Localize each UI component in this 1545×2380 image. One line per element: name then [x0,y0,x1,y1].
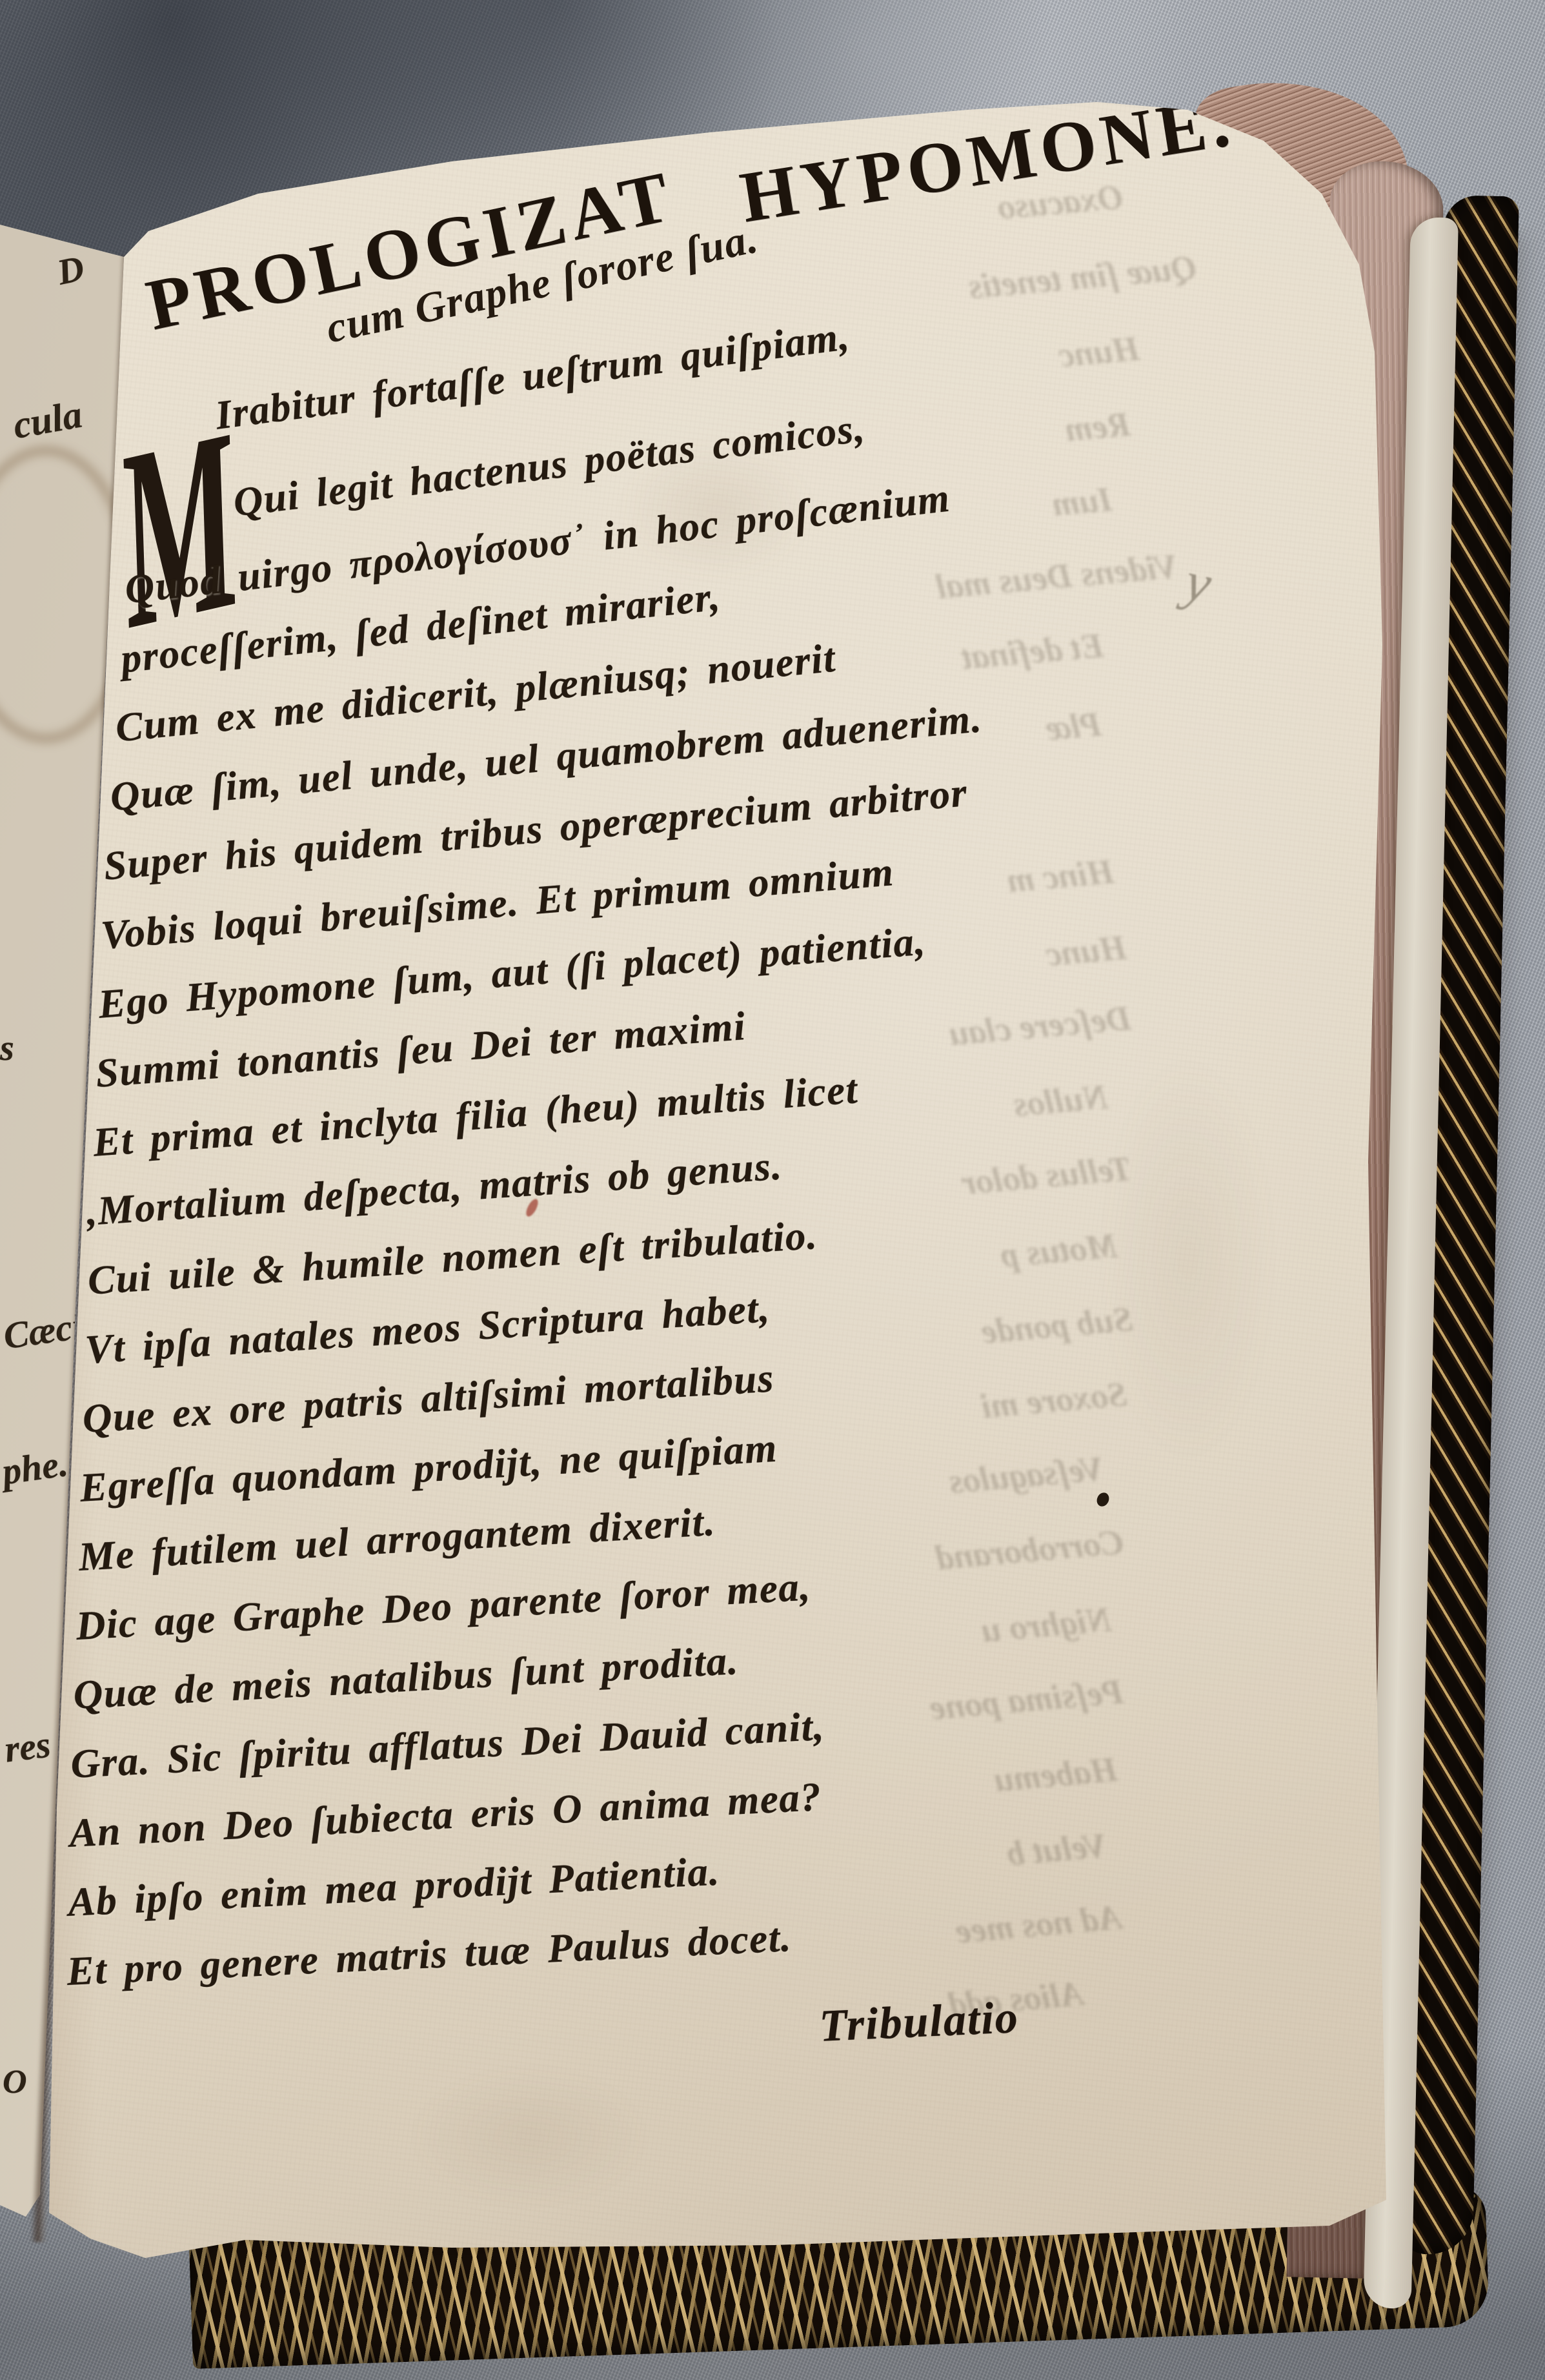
show-through-text: Motus p [999,1228,1119,1273]
left-page-text-fragment: phe. [0,1445,70,1491]
left-page-text-fragment: D [54,250,87,291]
show-through-text: Velut b [1005,1827,1108,1871]
book-photograph: D cula s Cæcis phe. res O Oxacuso Quæ ſi… [0,0,1545,2380]
paper-stain [361,2040,697,2233]
show-through-text: Ium [1051,482,1113,522]
main-page: Oxacuso Quæ ſim tenetis Hunc Rem Ium Vid… [0,0,1545,2380]
show-through-text: Hunc [1057,331,1141,373]
left-page-text-fragment: s [0,1030,14,1066]
show-through-text: Hunc [1044,930,1128,972]
show-through-text: Hinc m [1005,854,1116,898]
left-page-text-fragment: cula [10,394,85,445]
show-through-text: Rem [1064,407,1132,447]
left-page-text-fragment: O [3,2066,27,2099]
left-page-text-fragment: res [3,1725,52,1768]
show-through-text: Nullos [1012,1079,1109,1123]
show-through-text: Plæ [1044,706,1103,746]
catchword: Tribulatio [818,1992,1020,2053]
